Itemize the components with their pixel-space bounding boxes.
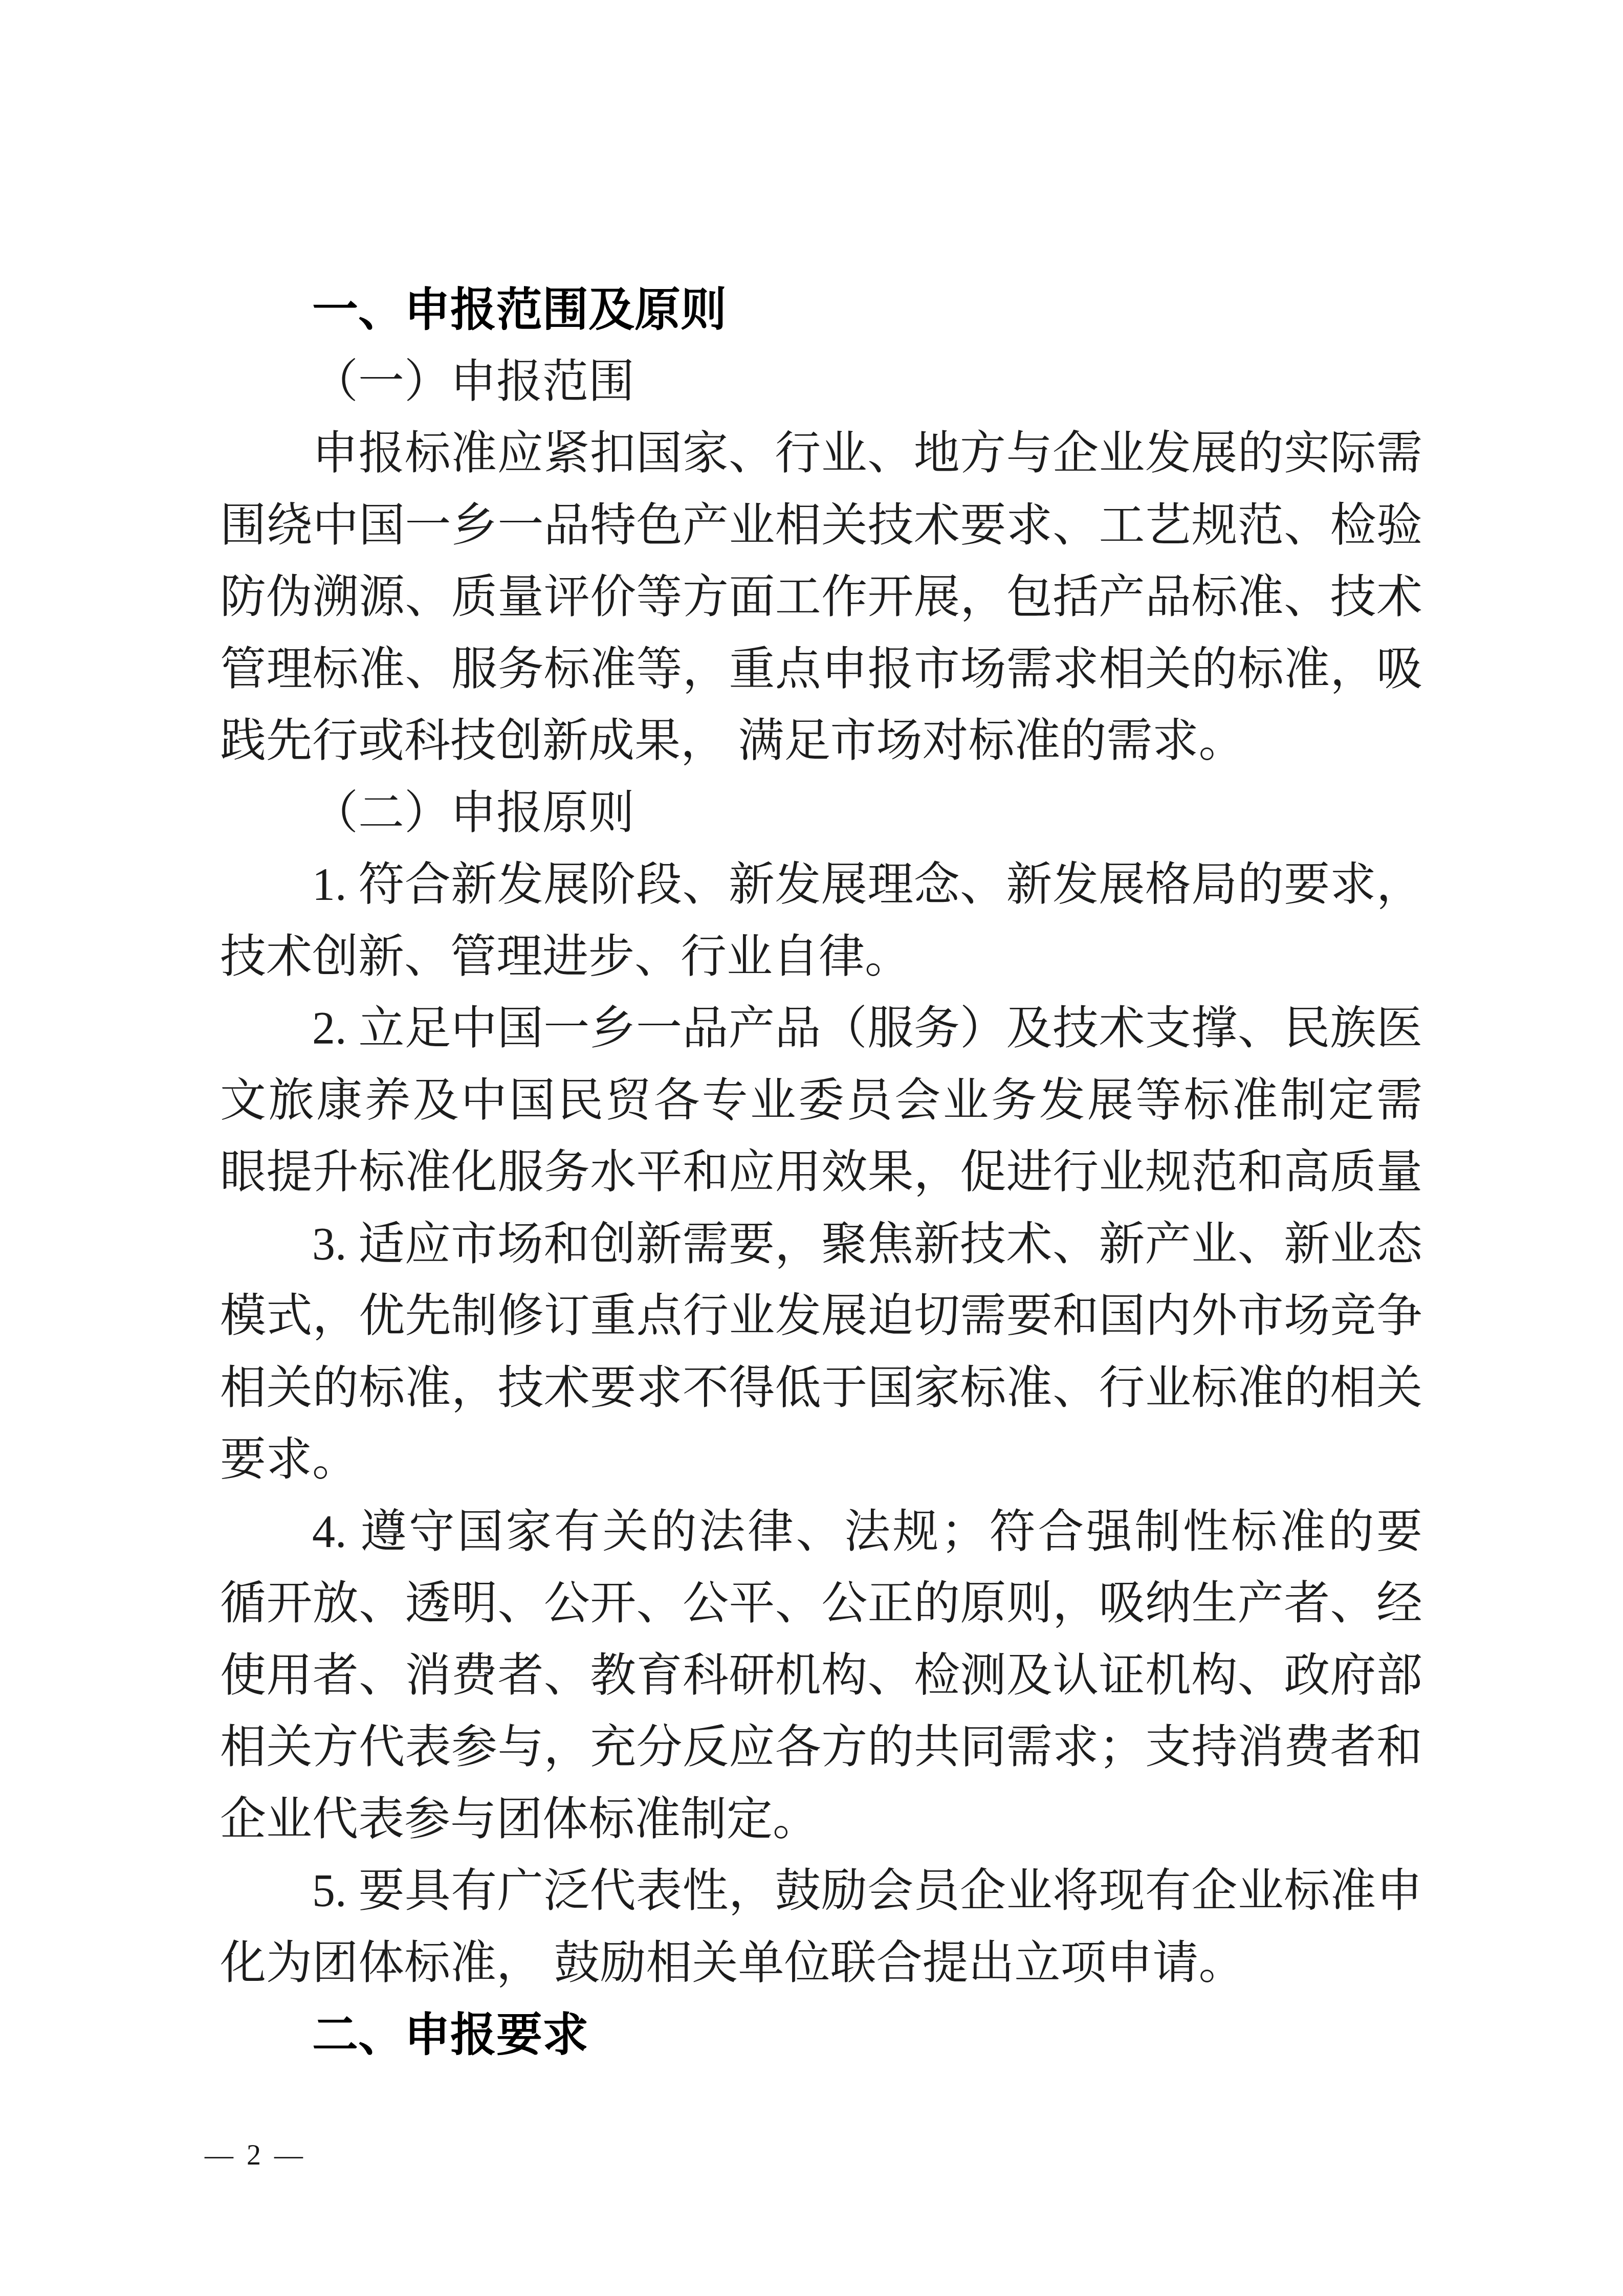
- text-line: 践先行或科技创新成果， 满足市场对标准的需求。: [220, 705, 1422, 778]
- text-line: 化为团体标准， 鼓励相关单位联合提出立项申请。: [220, 1928, 1422, 2000]
- text-line: 相关方代表参与，充分反应各方的共同需求；支持消费者和中小: [220, 1712, 1422, 1784]
- document-body: 一、申报范围及原则（一）申报范围申报标准应紧扣国家、行业、地方与企业发展的实际需…: [220, 274, 1422, 2071]
- page-number: — 2 —: [205, 2137, 338, 2173]
- text-line: 5. 要具有广泛代表性，鼓励会员企业将现有企业标准申请转: [220, 1856, 1422, 1928]
- sub-heading: （一）申报范围: [220, 346, 1422, 418]
- text-line: 使用者、消费者、教育科研机构、检测及认证机构、政府部门等: [220, 1640, 1422, 1712]
- text-line: 企业代表参与团体标准制定。: [220, 1784, 1422, 1856]
- text-line: 模式，优先制修订重点行业发展迫切需要和国内外市场竞争亟需: [220, 1281, 1422, 1353]
- text-line: 管理标准、服务标准等，重点申报市场需求相关的标准，吸纳实: [220, 634, 1422, 706]
- text-line: 技术创新、管理进步、行业自律。: [220, 921, 1422, 994]
- text-line: 围绕中国一乡一品特色产业相关技术要求、工艺规范、检验检测、: [220, 490, 1422, 562]
- text-line: 眼提升标准化服务水平和应用效果，促进行业规范和高质量发展。: [220, 1137, 1422, 1209]
- text-line: 申报标准应紧扣国家、行业、地方与企业发展的实际需求，: [220, 418, 1422, 490]
- text-line: 2. 立足中国一乡一品产品（服务）及技术支撑、民族医药、: [220, 993, 1422, 1065]
- text-line: 要求。: [220, 1424, 1422, 1496]
- section-heading: 二、申报要求: [220, 1999, 1422, 2071]
- text-line: 4. 遵守国家有关的法律、法规；符合强制性标准的要求；遵: [220, 1496, 1422, 1569]
- text-line: 1. 符合新发展阶段、新发展理念、新发展格局的要求，体现: [220, 849, 1422, 921]
- text-line: 3. 适应市场和创新需要，聚焦新技术、新产业、新业态和新: [220, 1209, 1422, 1281]
- document-page: 一、申报范围及原则（一）申报范围申报标准应紧扣国家、行业、地方与企业发展的实际需…: [0, 0, 1623, 2296]
- text-line: 相关的标准，技术要求不得低于国家标准、行业标准的相关技术: [220, 1353, 1422, 1425]
- sub-heading: （二）申报原则: [220, 778, 1422, 850]
- text-line: 防伪溯源、质量评价等方面工作开展，包括产品标准、技术标准、: [220, 562, 1422, 634]
- section-heading: 一、申报范围及原则: [220, 274, 1422, 346]
- text-line: 循开放、透明、公开、公平、公正的原则，吸纳生产者、经营者、: [220, 1568, 1422, 1640]
- text-line: 文旅康养及中国民贸各专业委员会业务发展等标准制定需求，着: [220, 1065, 1422, 1137]
